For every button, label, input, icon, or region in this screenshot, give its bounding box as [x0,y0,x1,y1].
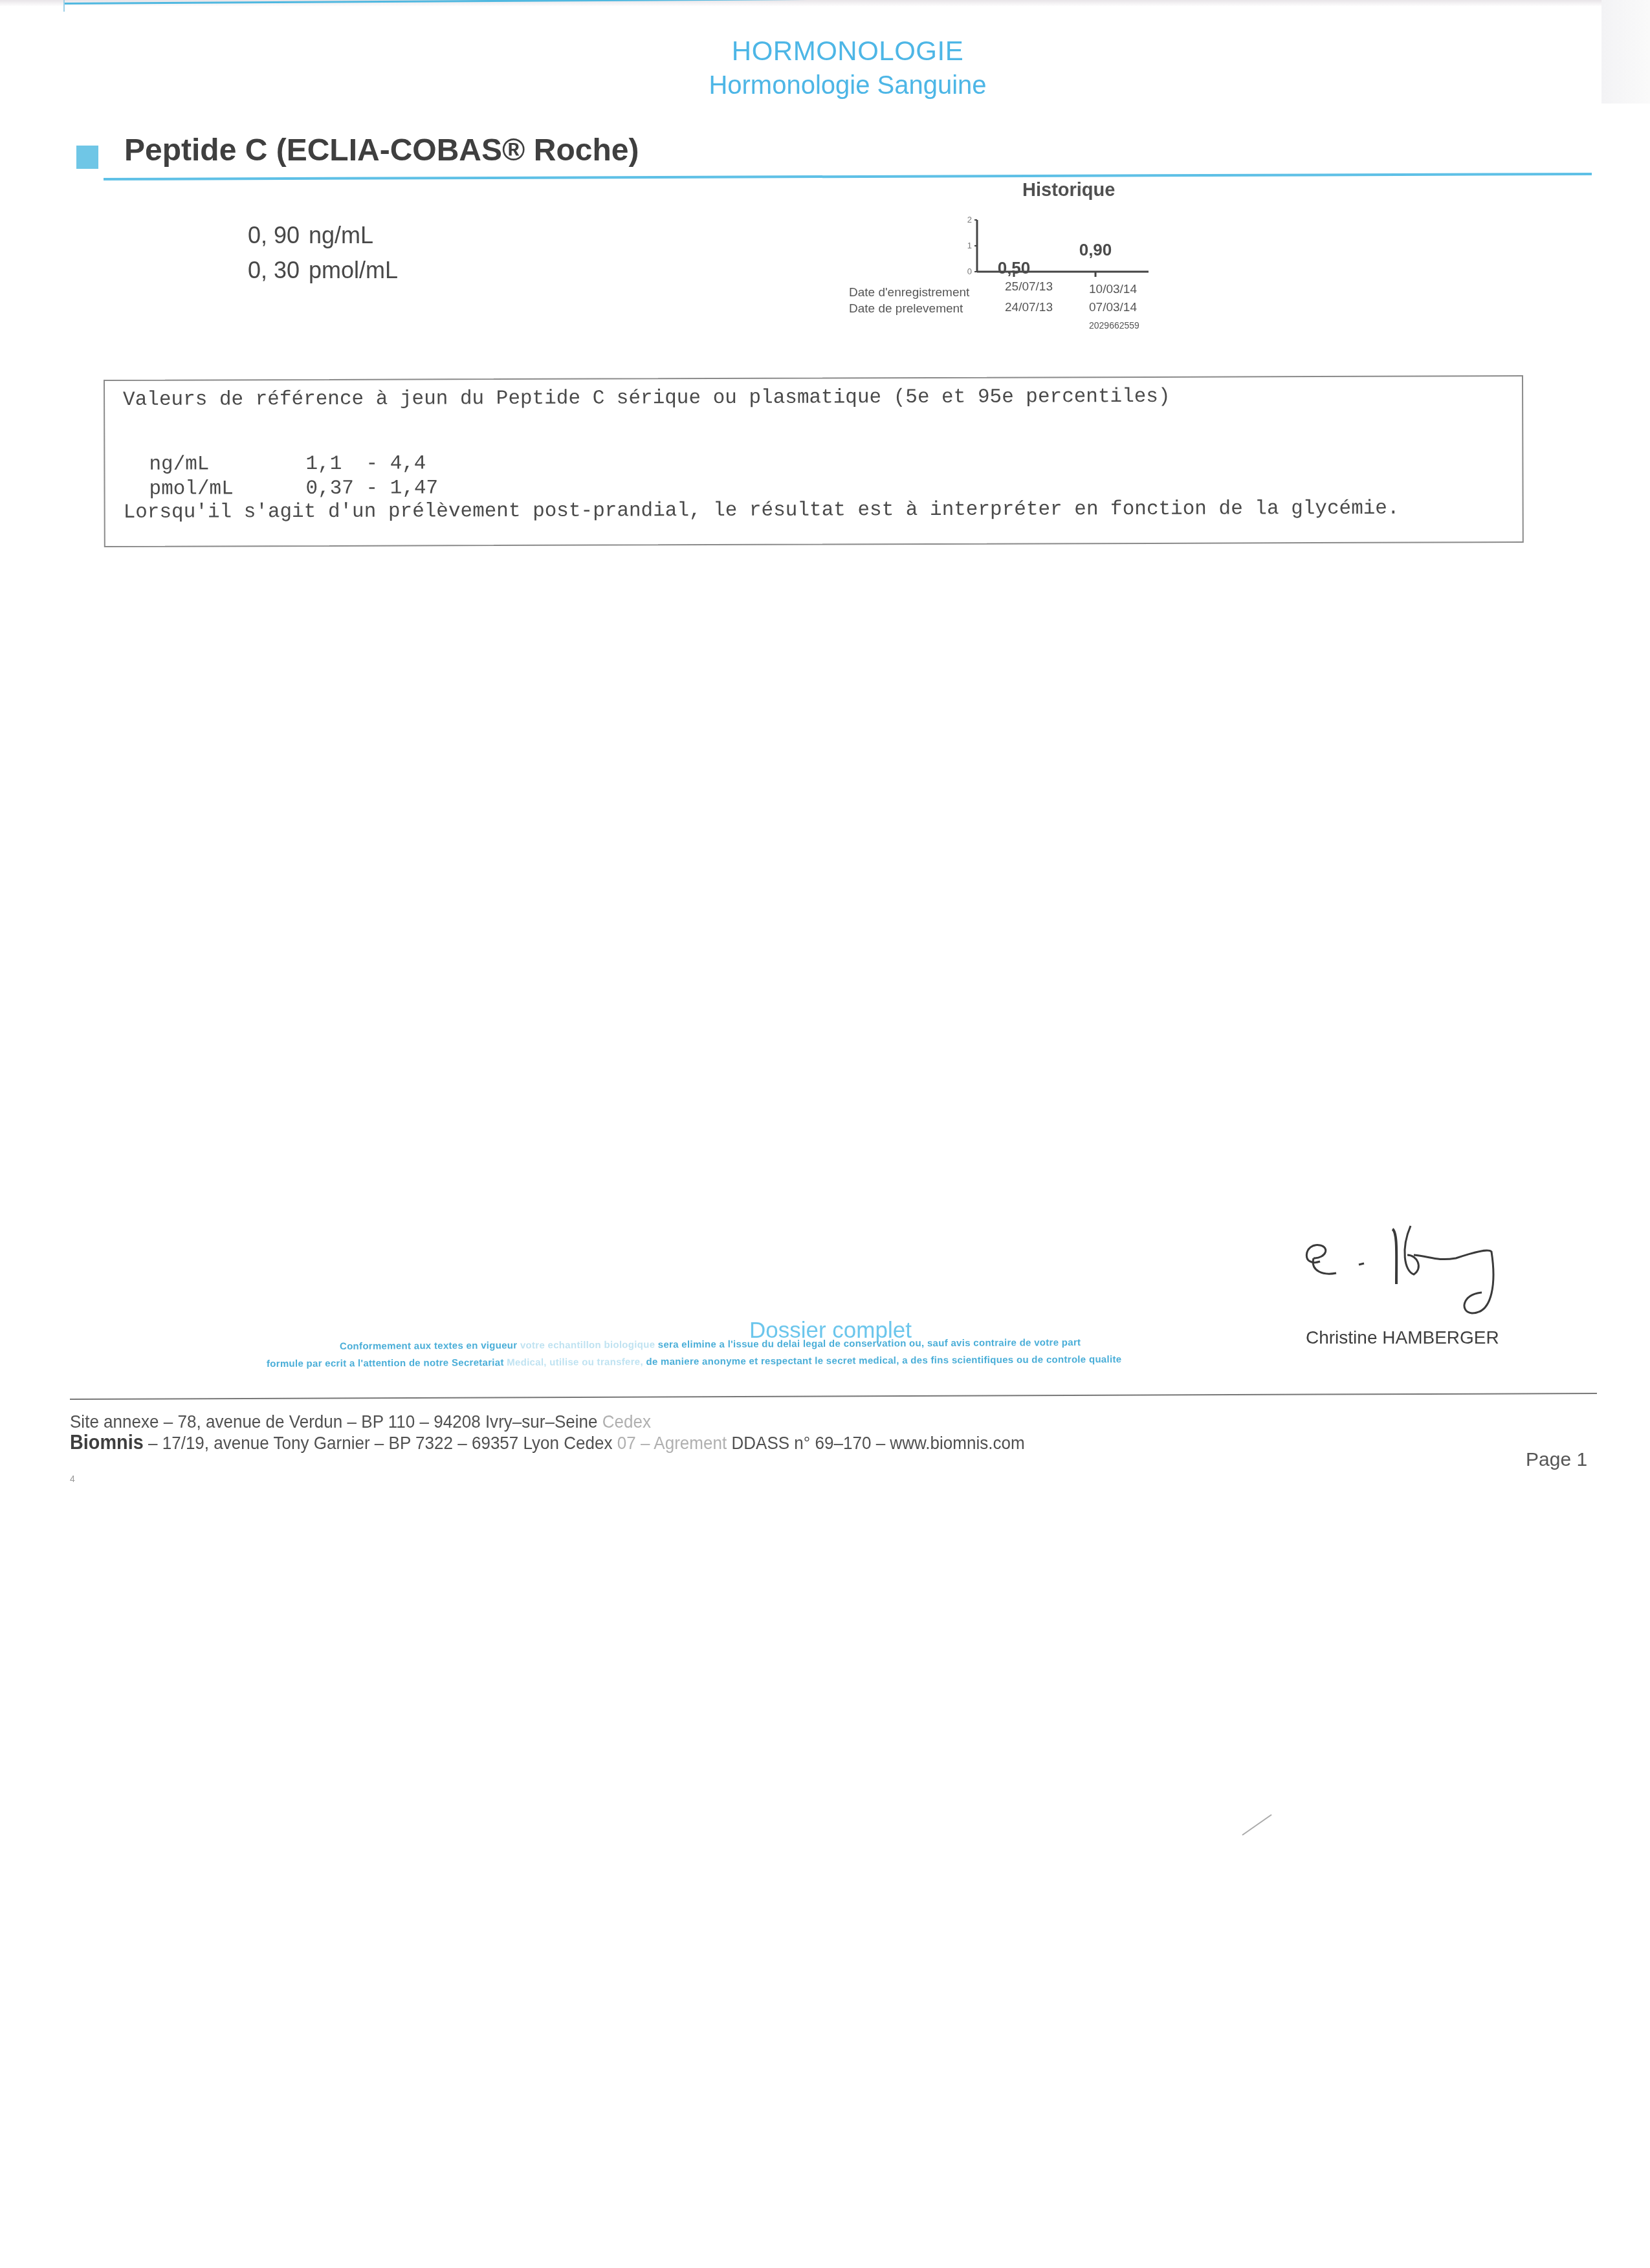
svg-text:0,50: 0,50 [998,258,1031,278]
svg-text:0: 0 [967,267,972,276]
legal-notice-line-2: formule par ecrit a l'attention de notre… [267,1354,1121,1369]
test-results: 0, 90ng/mL 0, 30pmol/mL [248,218,407,288]
history-reg-date-1: 25/07/13 [1005,280,1053,294]
footer-text: – 17/19, avenue Tony Garnier – BP 7322 –… [144,1433,617,1453]
test-section-marker-icon [76,146,98,169]
footer-text: Site annexe – 78, avenue de Verdun – BP … [70,1412,602,1432]
reference-unit-pmol: pmol/mL [149,477,233,500]
scan-shadow [1601,0,1650,104]
reference-unit-ng: ng/mL [149,453,209,475]
footer-head-office: Biomnis – 17/19, avenue Tony Garnier – B… [70,1431,1025,1454]
signature-icon [1294,1216,1527,1326]
history-reg-date-2: 10/03/14 [1089,283,1137,297]
scan-artifact [1242,1814,1271,1835]
result-row-ng: 0, 90ng/mL [248,218,407,253]
result-unit: pmol/mL [309,257,398,283]
footer-site-annex: Site annexe – 78, avenue de Verdun – BP … [70,1412,651,1432]
history-sample-date-1: 24/07/13 [1005,301,1053,315]
sampling-date-label: Date de prelevement [849,302,963,316]
history-title: Historique [1022,180,1115,201]
svg-text:0,90: 0,90 [1079,240,1112,259]
legal-text: Conformement aux textes en vigueur [340,1340,520,1352]
legal-text: de maniere anonyme et respectant le secr… [646,1354,1121,1368]
result-unit: ng/mL [309,222,373,248]
legal-text-faded: votre echantillon biologique [520,1339,658,1351]
test-title-underline [104,173,1592,180]
footer-divider [70,1393,1597,1400]
legal-text-faded: Medical, utilise ou transfere, [507,1357,646,1368]
page-number: Page 1 [1526,1449,1587,1471]
department-header: HORMONOLOGIE Hormonologie Sanguine [679,38,1016,98]
signer-name: Christine HAMBERGER [1306,1327,1499,1348]
reference-range-ng: 1,1 - 4,4 [305,452,426,475]
result-value: 0, 30 [248,257,300,283]
result-row-pmol: 0, 30pmol/mL [248,253,407,288]
legal-text: sera elimine a l'issue du delai legal de… [658,1337,1081,1350]
test-title: Peptide C (ECLIA-COBAS® Roche) [124,133,639,168]
history-sample-date-2: 07/03/14 [1089,301,1137,315]
reference-values-box: Valeurs de référence à jeun du Peptide C… [104,375,1524,547]
reference-note: Lorsqu'il s'agit d'un prélèvement post-p… [124,497,1400,524]
footer-website: DDASS n° 69–170 – www.biomnis.com [731,1433,1024,1453]
stray-mark: 4 [70,1474,75,1484]
result-value: 0, 90 [248,222,300,248]
reference-heading: Valeurs de référence à jeun du Peptide C… [123,386,1171,411]
legal-text: formule par ecrit a l'attention de notre… [267,1357,507,1369]
registration-date-label: Date d'enregistrement [849,286,969,300]
history-chart: 0120,500,90 [841,207,1191,336]
svg-text:1: 1 [967,241,972,250]
svg-text:2: 2 [967,215,972,224]
footer-text-faded: Cedex [602,1412,651,1432]
department-subtitle: Hormonologie Sanguine [679,72,1016,98]
dossier-number: 2029662559 [1089,320,1139,331]
reference-range-pmol: 0,37 - 1,47 [305,477,438,500]
department-title: HORMONOLOGIE [679,38,1016,65]
previous-page-rule-tick [63,0,65,12]
footer-text-faded: 07 – Agrement [617,1433,732,1453]
legal-notice-line-1: Conformement aux textes en vigueur votre… [340,1337,1081,1352]
brand-name: Biomnis [70,1431,144,1454]
